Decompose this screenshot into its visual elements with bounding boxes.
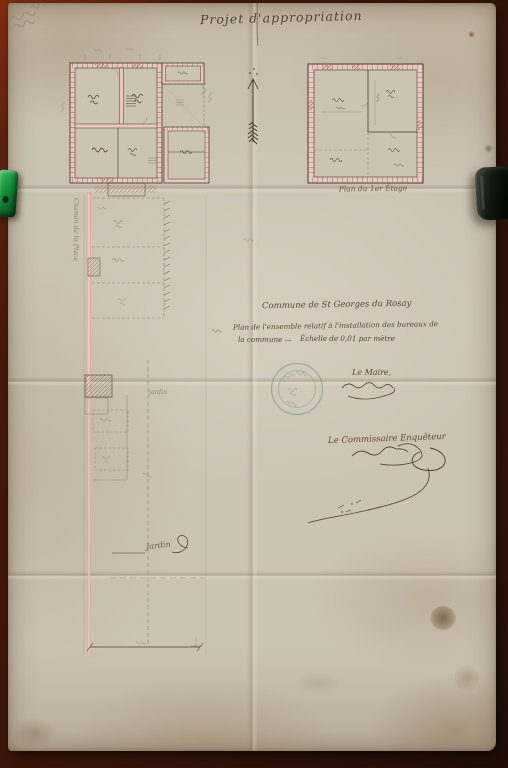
courtyard-garden-strip xyxy=(84,193,205,656)
description-line2: la commune — xyxy=(238,335,292,344)
plan-linework xyxy=(0,0,508,768)
commissaire-signature xyxy=(308,444,445,523)
north-arrow xyxy=(248,68,258,144)
garden-label-pencil: jardin xyxy=(149,389,167,396)
ground-floor-plan xyxy=(62,48,212,196)
dark-document-clip xyxy=(475,166,508,221)
first-floor-plan xyxy=(308,57,423,183)
maire-label: Le Maire, xyxy=(352,368,391,377)
scale-note: Échelle de 0,01 par mètre xyxy=(300,334,395,343)
archival-photo: Projet d'appropriation Plan du 1er Étage… xyxy=(0,0,508,768)
first-floor-caption: Plan du 1er Étage xyxy=(333,183,413,193)
stray-marks xyxy=(212,239,254,332)
green-document-clip xyxy=(0,169,19,217)
street-label: Chemin de la Place xyxy=(72,198,80,261)
maire-signature xyxy=(342,383,395,399)
corner-inscription xyxy=(9,2,48,29)
official-stamp xyxy=(272,364,323,415)
